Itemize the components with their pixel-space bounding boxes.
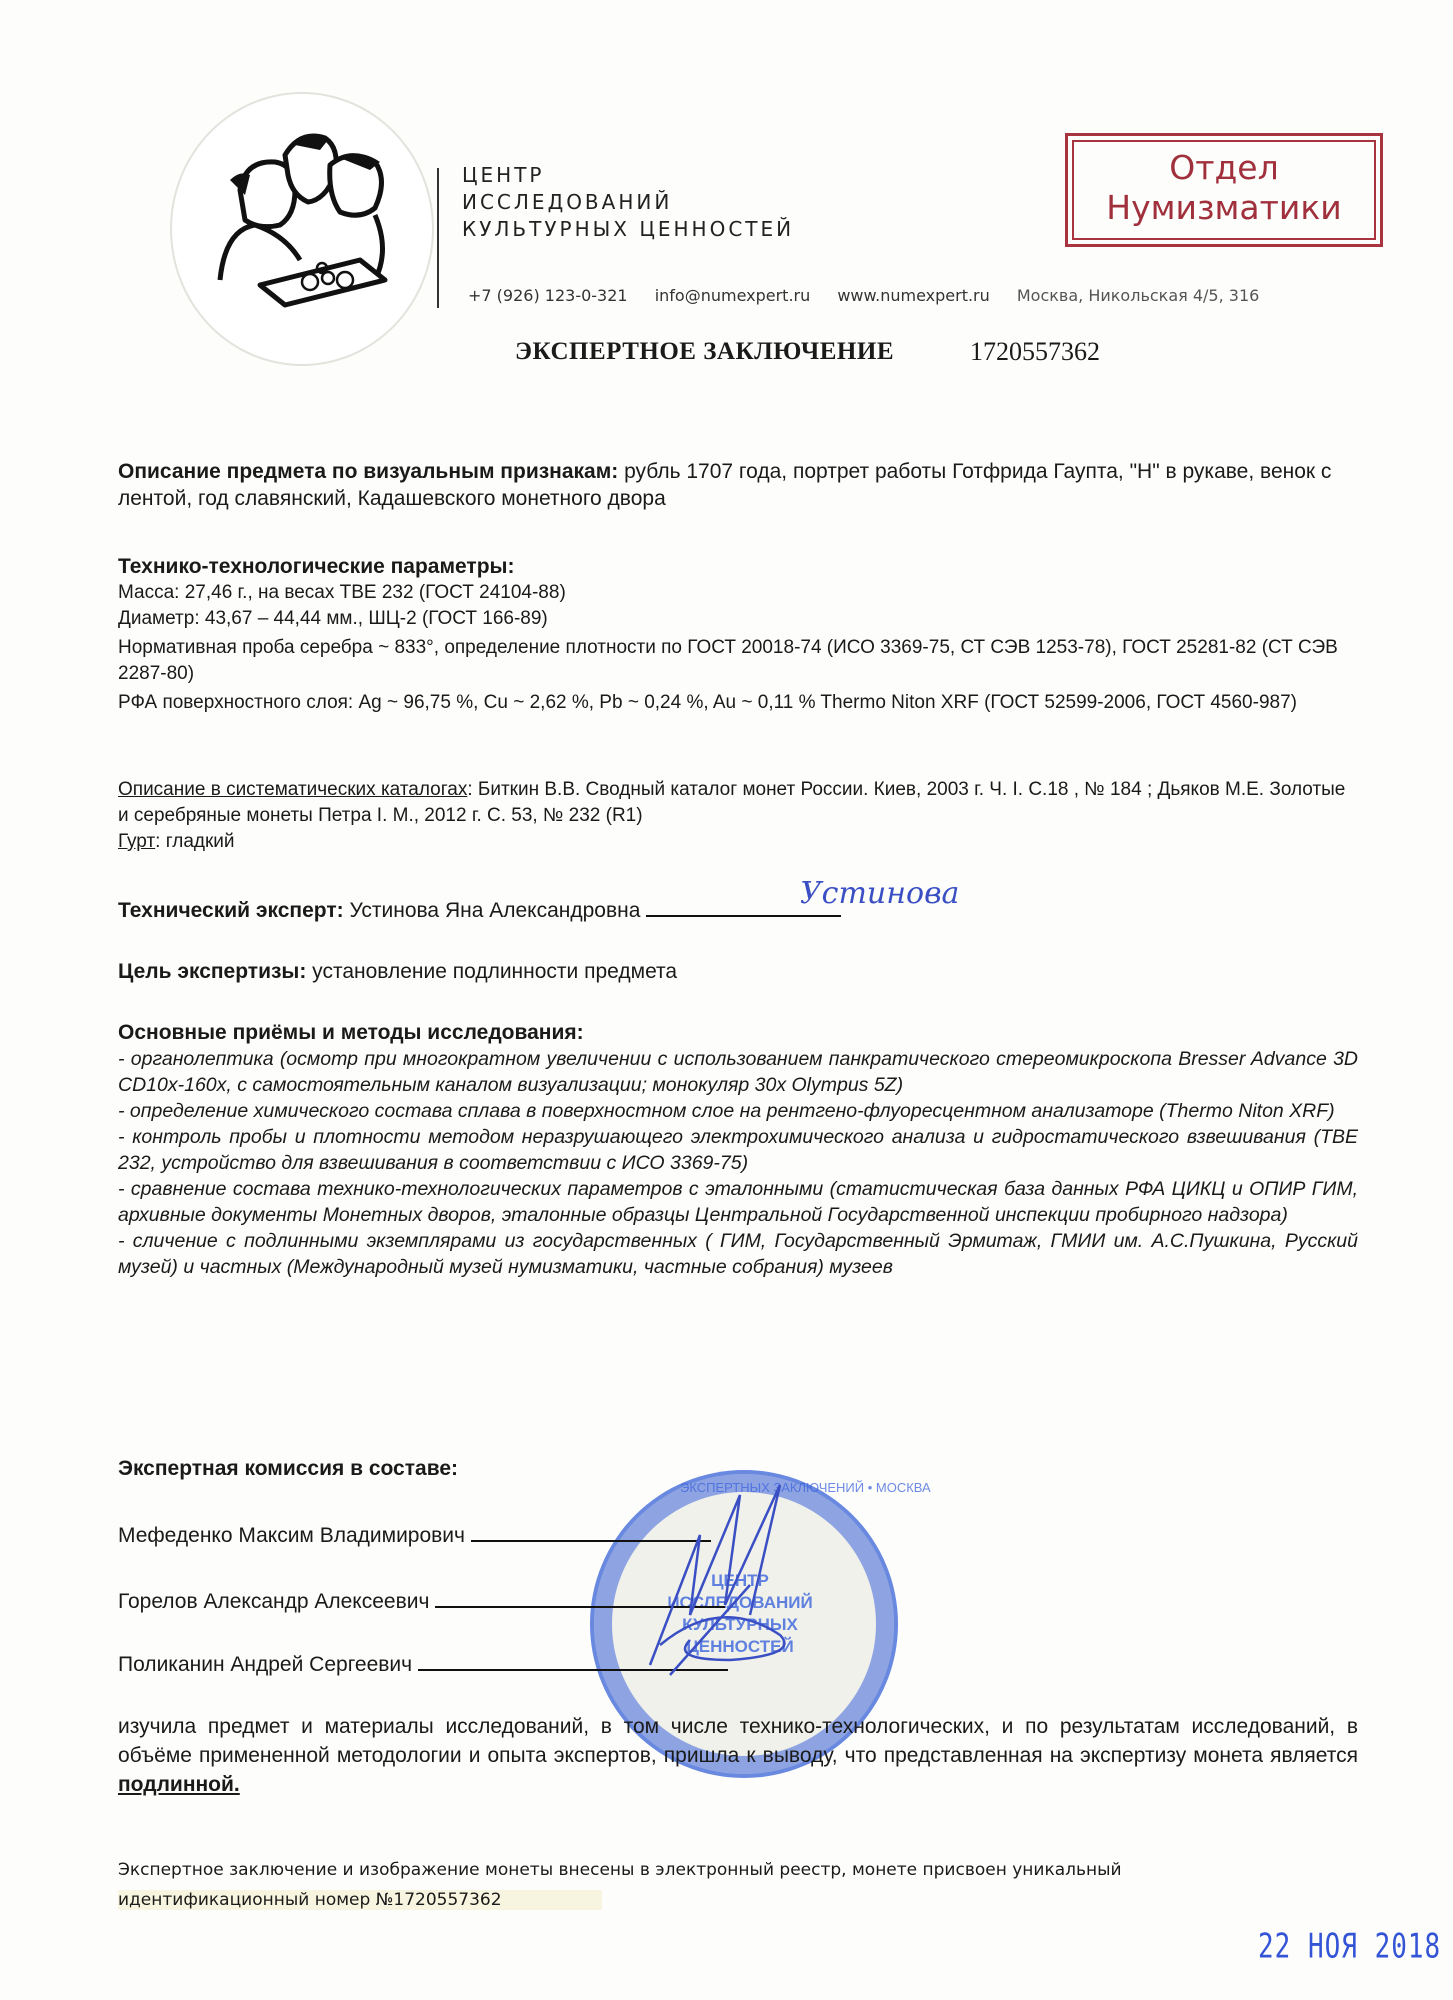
contacts-bar: +7 (926) 123-0-321 info@numexpert.ru www… <box>468 286 1281 305</box>
conclusion-section: изучила предмет и материалы исследований… <box>118 1712 1358 1799</box>
org-name-line: КУЛЬТУРНЫХ ЦЕННОСТЕЙ <box>462 216 794 243</box>
catalogs-label: Описание в систематических каталогах <box>118 779 467 800</box>
document-number: 1720557362 <box>970 337 1100 367</box>
conclusion-text: изучила предмет и материалы исследований… <box>118 1715 1358 1767</box>
tech-expert-section: Технический эксперт: Устинова Яна Алекса… <box>118 897 1358 924</box>
phone: +7 (926) 123-0-321 <box>468 286 628 305</box>
org-name-line: ИССЛЕДОВАНИЙ <box>462 189 794 216</box>
numismatists-examining-coins-icon <box>200 120 400 310</box>
goal-value: установление подлинности предмета <box>306 960 677 983</box>
edge-label: Гурт <box>118 831 155 852</box>
verdict: подлинной. <box>118 1773 240 1796</box>
tech-param-line: Масса: 27,46 г., на весах ТВЕ 232 (ГОСТ … <box>118 580 1358 606</box>
org-name: ЦЕНТР ИССЛЕДОВАНИЙ КУЛЬТУРНЫХ ЦЕННОСТЕЙ <box>462 162 794 243</box>
methods-section: Основные приёмы и методы исследования: -… <box>118 1020 1358 1280</box>
commission-signature-icon <box>630 1465 890 1695</box>
tech-param-line: РФА поверхностного слоя: Ag ~ 96,75 %, C… <box>118 690 1358 716</box>
method-item: - органолептика (осмотр при многократном… <box>118 1046 1358 1098</box>
tech-params-heading: Технико-технологические параметры: <box>118 554 1358 580</box>
tech-param-line: Диаметр: 43,67 – 44,44 мм., ШЦ-2 (ГОСТ 1… <box>118 606 1358 632</box>
methods-heading: Основные приёмы и методы исследования: <box>118 1020 1358 1046</box>
header-divider <box>437 168 439 308</box>
tech-expert-name: Устинова Яна Александровна <box>344 899 647 922</box>
registry-id: идентификационный номер №1720557362 <box>118 1890 602 1910</box>
description-label: Описание предмета по визуальным признака… <box>118 460 618 483</box>
member-name: Поликанин Андрей Сергеевич <box>118 1653 412 1676</box>
method-item: - контроль пробы и плотности методом нер… <box>118 1124 1358 1176</box>
goal-section: Цель экспертизы: установление подлинност… <box>118 958 1358 985</box>
department-stamp: Отдел Нумизматики <box>1065 133 1383 247</box>
member-name: Мефеденко Максим Владимирович <box>118 1524 465 1547</box>
website-link[interactable]: www.numexpert.ru <box>837 286 989 305</box>
commission-heading-bold: Экспертная комиссия в составе: <box>118 1457 458 1481</box>
goal-label: Цель экспертизы: <box>118 960 306 983</box>
catalogs-section: Описание в систематических каталогах: Би… <box>118 777 1358 855</box>
edge-value: : гладкий <box>155 831 234 852</box>
date-stamp: 22 НОЯ 2018 <box>1258 1928 1441 1967</box>
email-link[interactable]: info@numexpert.ru <box>655 286 811 305</box>
tech-params-section: Технико-технологические параметры: Масса… <box>118 554 1358 716</box>
method-item: - определение химического состава сплава… <box>118 1098 1358 1124</box>
org-name-line: ЦЕНТР <box>462 162 794 189</box>
footer-line: Экспертное заключение и изображение моне… <box>118 1855 1358 1885</box>
description-section: Описание предмета по визуальным признака… <box>118 458 1358 512</box>
address: Москва, Никольская 4/5, 316 <box>1017 286 1259 305</box>
tech-param-line: Нормативная проба серебра ~ 833°, опреде… <box>118 635 1358 687</box>
document-title: ЭКСПЕРТНОЕ ЗАКЛЮЧЕНИЕ <box>515 338 894 366</box>
method-item: - сравнение состава технико-технологичес… <box>118 1176 1358 1228</box>
department-stamp-line: Отдел <box>1074 148 1374 188</box>
member-name: Горелов Александр Алексеевич <box>118 1590 429 1613</box>
tech-expert-signature: Устинова <box>800 876 959 911</box>
department-stamp-line: Нумизматики <box>1074 188 1374 228</box>
tech-expert-label: Технический эксперт: <box>118 899 344 922</box>
footer-note: Экспертное заключение и изображение моне… <box>118 1855 1358 1915</box>
method-item: - сличение с подлинными экземплярами из … <box>118 1228 1358 1280</box>
